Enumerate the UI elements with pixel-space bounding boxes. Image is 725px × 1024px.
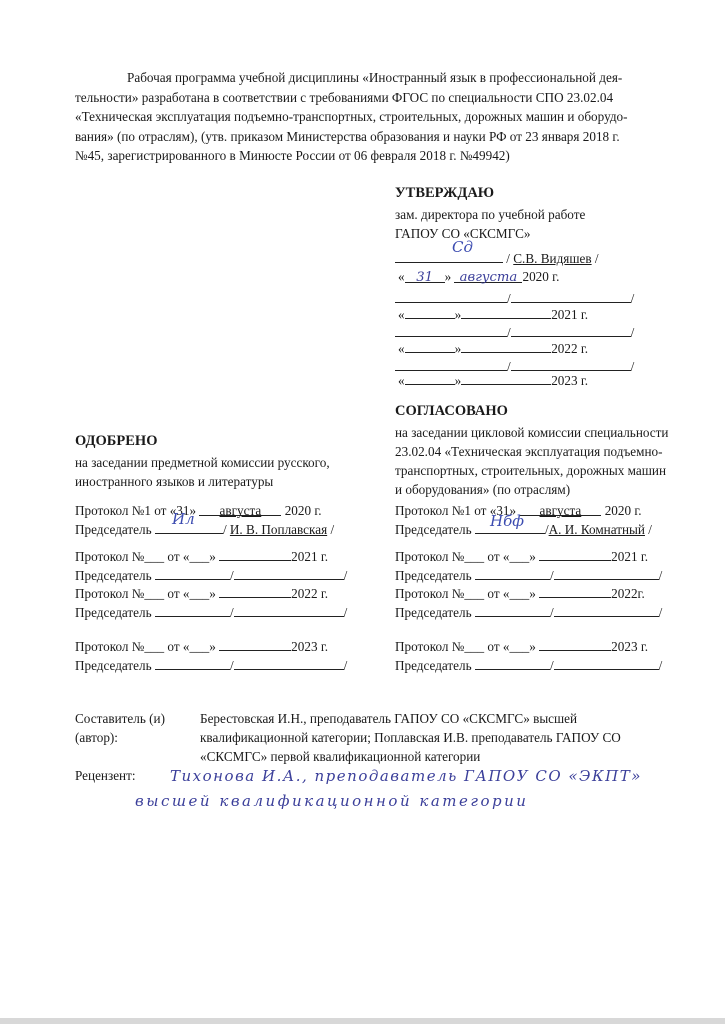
approved-line: на заседании предметной комиссии русског… — [75, 455, 330, 471]
reviewer-handwritten-line: Тихонова И.А., преподаватель ГАПОУ СО «Э… — [170, 767, 642, 785]
intro-line: «Техническая эксплуатация подъемно-транс… — [75, 107, 653, 127]
agreed-month: августа — [519, 503, 601, 516]
agreed-chair-2023: Председатель // — [395, 657, 662, 674]
agreed-protocol-2023: Протокол №___ от «___» 2023 г. — [395, 638, 648, 655]
intro-line: Рабочая программа учебной дисциплины «Ин… — [75, 68, 653, 88]
approved-protocol-2021: Протокол №___ от «___» 2021 г. — [75, 548, 328, 565]
reviewer-handwritten-line: высшей квалификационной категории — [135, 792, 528, 810]
agreed-title: СОГЛАСОВАНО — [395, 403, 508, 420]
approve-date-2023: «»2023 г. — [398, 372, 588, 389]
authors-label: (автор): — [75, 730, 118, 746]
approve-date-2022: «»2022 г. — [398, 340, 588, 357]
approve-position: зам. директора по учебной работе — [395, 207, 585, 223]
agreed-line: на заседании цикловой комиссии специальн… — [395, 425, 668, 441]
agreed-line: 23.02.04 «Техническая эксплуатация подъе… — [395, 444, 663, 460]
agreed-chair-name: А. И. Комнатный — [549, 522, 645, 537]
approved-chair-2022: Председатель // — [75, 604, 347, 621]
approved-chair-2023: Председатель // — [75, 657, 347, 674]
approved-signature: Ил — [172, 510, 195, 528]
signature-blank — [395, 250, 503, 263]
agreed-line: транспортных, строительных, дорожных маш… — [395, 463, 666, 479]
agreed-protocol-2021: Протокол №___ от «___» 2021 г. — [395, 548, 648, 565]
approved-chair-name: И. В. Поплавская — [230, 522, 327, 537]
approved-line: иностранного языков и литературы — [75, 474, 273, 490]
approve-title: УТВЕРЖДАЮ — [395, 185, 494, 202]
approved-month: августа — [199, 503, 281, 516]
scan-edge — [0, 1018, 725, 1024]
approve-signature-line: / С.В. Видяшев / — [395, 250, 599, 267]
approved-protocol-2022: Протокол №___ от «___» 2022 г. — [75, 585, 328, 602]
agreed-chair-2022: Председатель // — [395, 604, 662, 621]
reviewer-label: Рецензент: — [75, 768, 136, 784]
authors-line: «СКСМГС» первой квалификационной категор… — [200, 749, 480, 765]
approved-protocol-2023: Протокол №___ от «___» 2023 г. — [75, 638, 328, 655]
agreed-line: и оборудования» (по отраслям) — [395, 482, 570, 498]
approve-date-2020: «31» августа2020 г. — [398, 269, 559, 285]
approved-protocol-2020: Протокол №1 от «31» августа 2020 г. — [75, 503, 322, 519]
approve-sign-line-2021: // — [395, 290, 634, 307]
authors-label: Составитель (и) — [75, 711, 165, 727]
approve-date-2021: «»2021 г. — [398, 306, 588, 323]
agreed-protocol-2022: Протокол №___ от «___» 2022г. — [395, 585, 645, 602]
agreed-chair-2021: Председатель // — [395, 567, 662, 584]
approve-signer: С.В. Видяшев — [513, 251, 591, 266]
intro-line: вания» (по отраслям), (утв. приказом Мин… — [75, 127, 653, 147]
approve-sign-line-2022: // — [395, 324, 634, 341]
approved-title: ОДОБРЕНО — [75, 433, 157, 450]
approve-day: 31 — [405, 270, 445, 283]
intro-paragraph: Рабочая программа учебной дисциплины «Ин… — [75, 68, 653, 166]
approved-chair: Председатель / И. В. Поплавская / — [75, 521, 334, 538]
agreed-signature: Нбф — [490, 512, 524, 530]
authors-line: квалификационной категории; Поплавская И… — [200, 730, 621, 746]
intro-line: №45, зарегистрированного в Минюсте Росси… — [75, 146, 653, 166]
approve-month: августа — [454, 270, 522, 283]
approve-signature: Сд — [452, 238, 473, 256]
approved-chair-2021: Председатель // — [75, 567, 347, 584]
intro-line: тельности» разработана в соответствии с … — [75, 88, 653, 108]
authors-line: Берестовская И.Н., преподаватель ГАПОУ С… — [200, 711, 577, 727]
